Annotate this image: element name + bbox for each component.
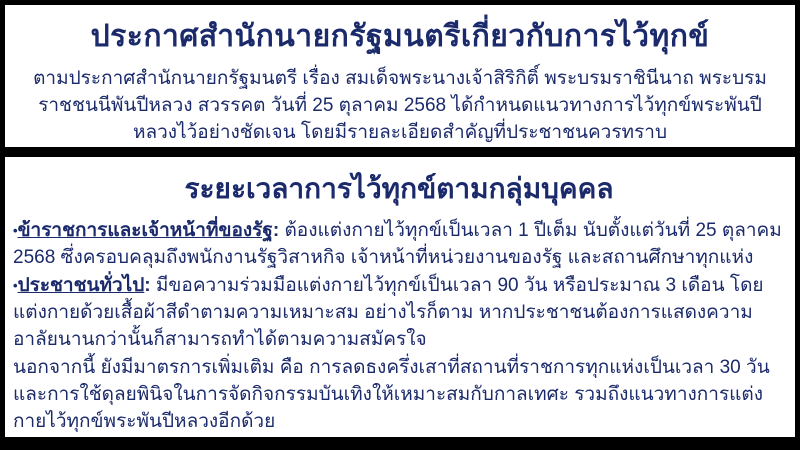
- additional-measures-text: นอกจากนี้ ยังมีมาตรการเพิ่มเติม คือ การล…: [13, 354, 785, 435]
- mourning-periods-panel: ระยะเวลาการไว้ทุกข์ตามกลุ่มบุคคล •ข้าราช…: [5, 157, 795, 437]
- announcement-body: ตามประกาศสำนักนายกรัฐมนตรี เรื่อง สมเด็จ…: [17, 65, 783, 146]
- bullet-separator: :: [144, 275, 156, 296]
- mourning-periods-title: ระยะเวลาการไว้ทุกข์ตามกลุ่มบุคคล: [13, 167, 785, 211]
- bullet-label-government: ข้าราชการและเจ้าหน้าที่ของรัฐ: [18, 220, 273, 241]
- bullet-general-public: •ประชาชนทั่วไป: มีขอความร่วมมือแต่งกายไว…: [13, 272, 785, 353]
- bullet-label-public: ประชาชนทั่วไป: [18, 275, 145, 296]
- document-frame: ประกาศสำนักนายกรัฐมนตรีเกี่ยวกับการไว้ทุ…: [0, 0, 800, 450]
- bullet-government-officials: •ข้าราชการและเจ้าหน้าที่ของรัฐ: ต้องแต่ง…: [13, 217, 785, 271]
- announcement-title: ประกาศสำนักนายกรัฐมนตรีเกี่ยวกับการไว้ทุ…: [17, 11, 783, 63]
- announcement-panel: ประกาศสำนักนายกรัฐมนตรีเกี่ยวกับการไว้ทุ…: [5, 5, 795, 147]
- bullet-separator: :: [273, 220, 285, 241]
